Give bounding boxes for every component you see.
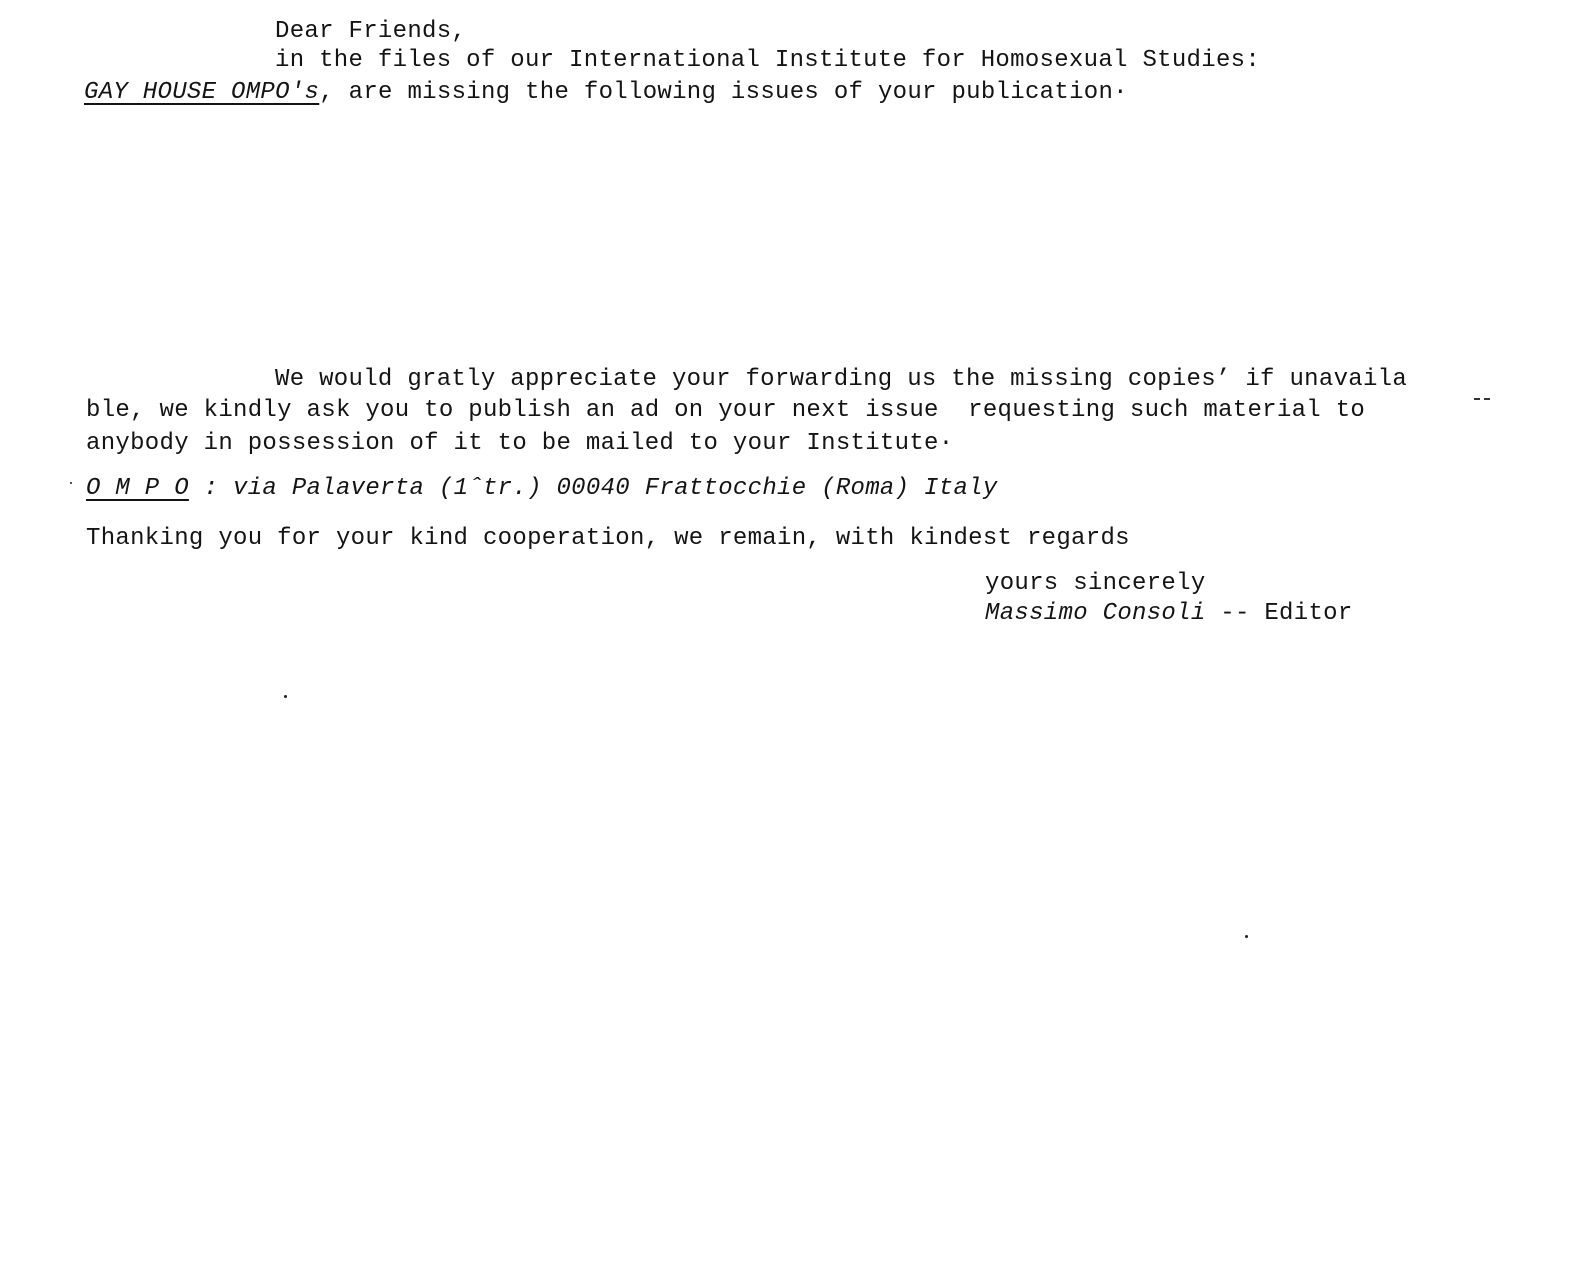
request-line-3: anybody in possession of it to be mailed…: [86, 429, 953, 459]
institute-name: GAY HOUSE OMPO's: [84, 79, 319, 106]
salutation: Dear Friends,: [275, 17, 466, 47]
address-org: O M P O: [86, 475, 189, 502]
request-line-1: We would gratly appreciate your forwardi…: [275, 365, 1407, 395]
signature-line: Massimo Consoli -- Editor: [985, 599, 1353, 629]
scan-speck: [1245, 935, 1248, 938]
closing: yours sincerely: [985, 569, 1206, 599]
intro-line-2-rest: , are missing the following issues of yo…: [319, 79, 1128, 106]
intro-line-1: in the files of our International Instit…: [275, 46, 1260, 76]
thanks-line: Thanking you for your kind cooperation, …: [86, 524, 1130, 554]
intro-line-2: GAY HOUSE OMPO's, are missing the follow…: [84, 78, 1128, 108]
address-line: O M P O : via Palaverta (1ˆtr.) 00040 Fr…: [86, 474, 998, 504]
signature-title: -- Editor: [1206, 600, 1353, 627]
request-line-2: ble, we kindly ask you to publish an ad …: [86, 396, 1365, 426]
scan-speck: [70, 482, 72, 484]
address-rest: : via Palaverta (1ˆtr.) 00040 Frattocchi…: [189, 475, 998, 502]
signature-name: Massimo Consoli: [985, 600, 1206, 627]
hyphen-mark: [1474, 398, 1490, 402]
scan-speck: [284, 695, 287, 698]
